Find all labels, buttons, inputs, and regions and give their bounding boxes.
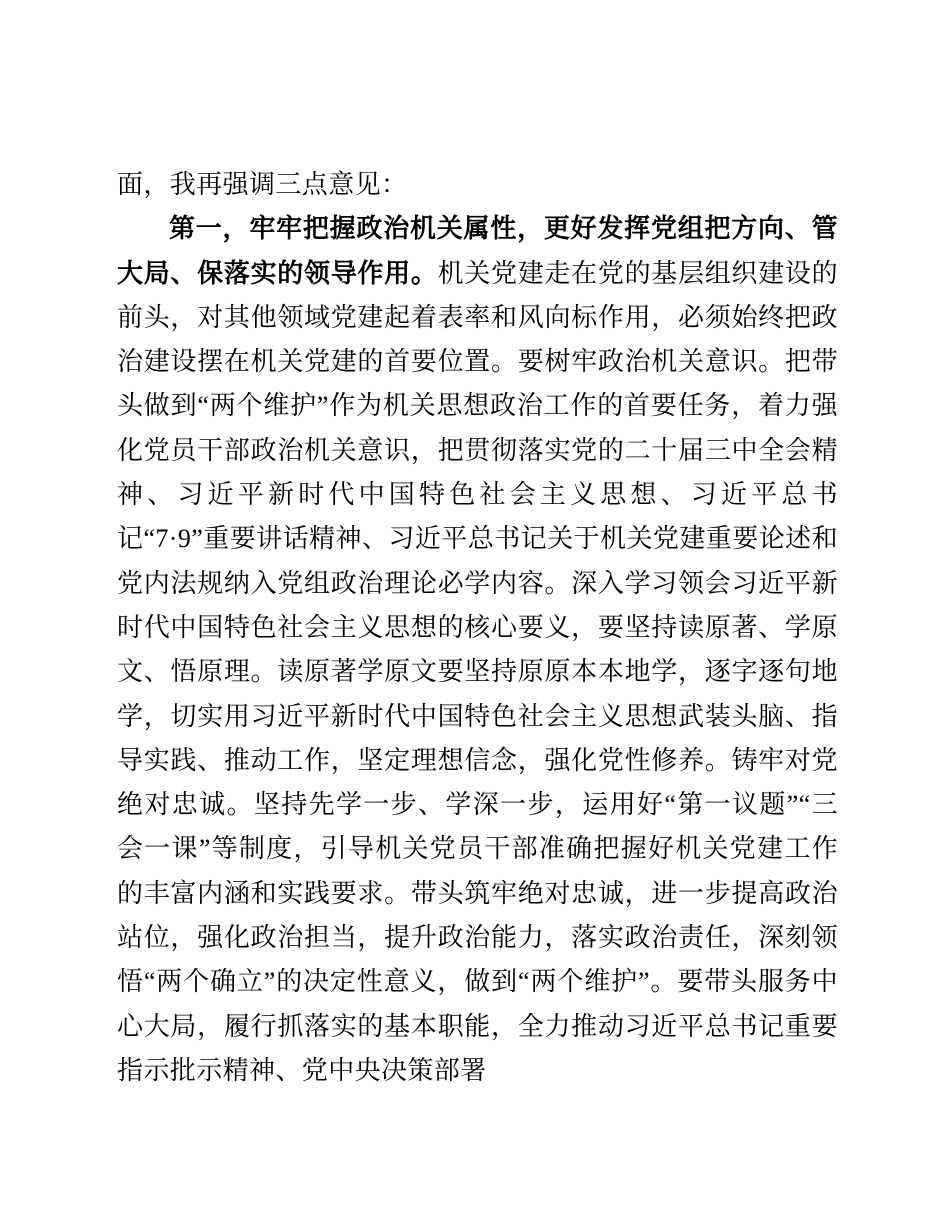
paragraph-continuation-text: 面，我再强调三点意见： [117,170,407,199]
paragraph-point-one: 第一，牢牢把握政治机关属性，更好发挥党组把方向、管大局、保落实的领导作用。机关党… [117,207,838,1093]
paragraph-continuation: 面，我再强调三点意见： [117,163,838,207]
document-text-block: 面，我再强调三点意见： 第一，牢牢把握政治机关属性，更好发挥党组把方向、管大局、… [117,163,838,1093]
paragraph-point-one-body: 机关党建走在党的基层组织建设的前头，对其他领域党建起着表率和风向标作用，必须始终… [117,259,838,1085]
document-page: 面，我再强调三点意见： 第一，牢牢把握政治机关属性，更好发挥党组把方向、管大局、… [0,0,950,1230]
